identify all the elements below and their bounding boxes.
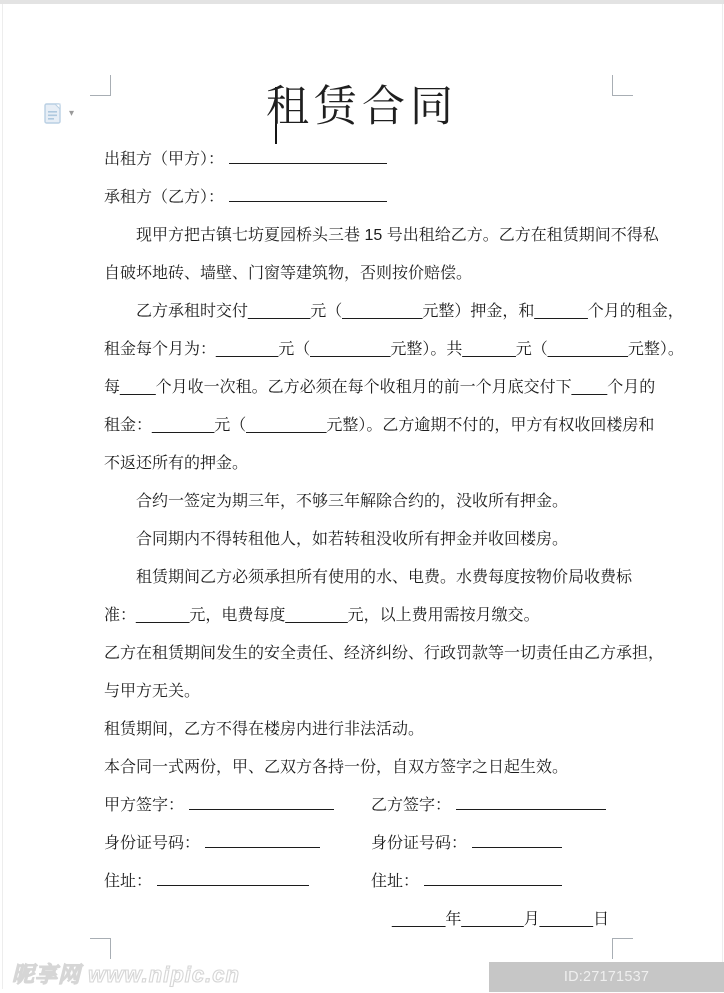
party-b-id-blank [472, 832, 562, 848]
party-a-id-label: 身份证号码： [104, 835, 200, 852]
party-a-id-blank [205, 832, 320, 848]
body-line: 合同期内不得转租他人，如若转租没收所有押金并收回楼房。 [104, 521, 622, 559]
party-b-id-label: 身份证号码： [371, 835, 467, 852]
document-page[interactable]: ▾ 租赁合同 出租方（甲方）： 承租方（乙方）： 现甲方把古镇七坊夏园桥头三巷 … [0, 0, 724, 993]
signature-row-sign: 甲方签字： 乙方签字： [104, 787, 622, 825]
body-line: 乙方承租时交付_______元（_________元整）押金，和______个月… [104, 293, 622, 331]
body-line: 租金：_______元（_________元整）。乙方逾期不付的，甲方有权收回楼… [104, 407, 622, 445]
party-a-row: 出租方（甲方）： [104, 141, 622, 179]
party-a-addr-blank [157, 870, 309, 886]
body-line: 乙方在租赁期间发生的安全责任、经济纠纷、行政罚款等一切责任由乙方承担， [104, 635, 622, 673]
body-line: 本合同一式两份，甲、乙双方各持一份，自双方签字之日起生效。 [104, 749, 622, 787]
party-b-sign-label: 乙方签字： [371, 797, 451, 814]
party-a-addr-label: 住址： [104, 873, 152, 890]
body-line: 准：______元，电费每度_______元，以上费用需按月缴交。 [104, 597, 622, 635]
watermark-site-url: www.nipic.cn [88, 962, 240, 987]
body-line: 合约一签定为期三年，不够三年解除合约的，没收所有押金。 [104, 483, 622, 521]
party-b-addr-label: 住址： [371, 873, 419, 890]
party-b-row: 承租方（乙方）： [104, 179, 622, 217]
watermark-site-name: 昵享网 [12, 962, 81, 987]
party-b-label: 承租方（乙方）： [104, 189, 224, 206]
party-b-blank-line [229, 186, 387, 202]
contract-body[interactable]: 出租方（甲方）： 承租方（乙方）： 现甲方把古镇七坊夏园桥头三巷 15 号出租给… [104, 141, 622, 939]
watermark-id-badge: ID:27171537 NO:20201106191329538000 [489, 962, 724, 992]
party-b-addr-blank [424, 870, 562, 886]
body-line: 不返还所有的押金。 [104, 445, 622, 483]
margin-crop-mark-bottom-right [612, 938, 633, 959]
party-a-sign-label: 甲方签字： [104, 797, 184, 814]
page-right-edge [722, 4, 723, 989]
contract-title: 租赁合同 [0, 82, 724, 134]
party-a-sign-blank [189, 794, 334, 810]
signature-row-address: 住址： 住址： [104, 863, 622, 901]
party-b-sign-blank [456, 794, 606, 810]
page-left-edge [2, 4, 3, 989]
party-a-label: 出租方（甲方）： [104, 151, 224, 168]
body-line: 现甲方把古镇七坊夏园桥头三巷 15 号出租给乙方。乙方在租赁期间不得私 [104, 217, 622, 255]
margin-crop-mark-bottom-left [90, 938, 111, 959]
date-line: ______年_______月______日 [104, 901, 622, 939]
body-line: 租赁期间，乙方不得在楼房内进行非法活动。 [104, 711, 622, 749]
party-a-blank-line [229, 148, 387, 164]
watermark-logo: 昵享网 www.nipic.cn [12, 958, 240, 989]
body-line: 自破坏地砖、墙壁、门窗等建筑物，否则按价赔偿。 [104, 255, 622, 293]
body-line: 与甲方无关。 [104, 673, 622, 711]
body-line: 租赁期间乙方必须承担所有使用的水、电费。水费每度按物价局收费标 [104, 559, 622, 597]
body-line: 租金每个月为：_______元（_________元整）。共______元（__… [104, 331, 622, 369]
page-top-edge [0, 0, 724, 4]
signature-row-id: 身份证号码： 身份证号码： [104, 825, 622, 863]
body-line: 每____个月收一次租。乙方必须在每个收租月的前一个月底交付下____个月的 [104, 369, 622, 407]
